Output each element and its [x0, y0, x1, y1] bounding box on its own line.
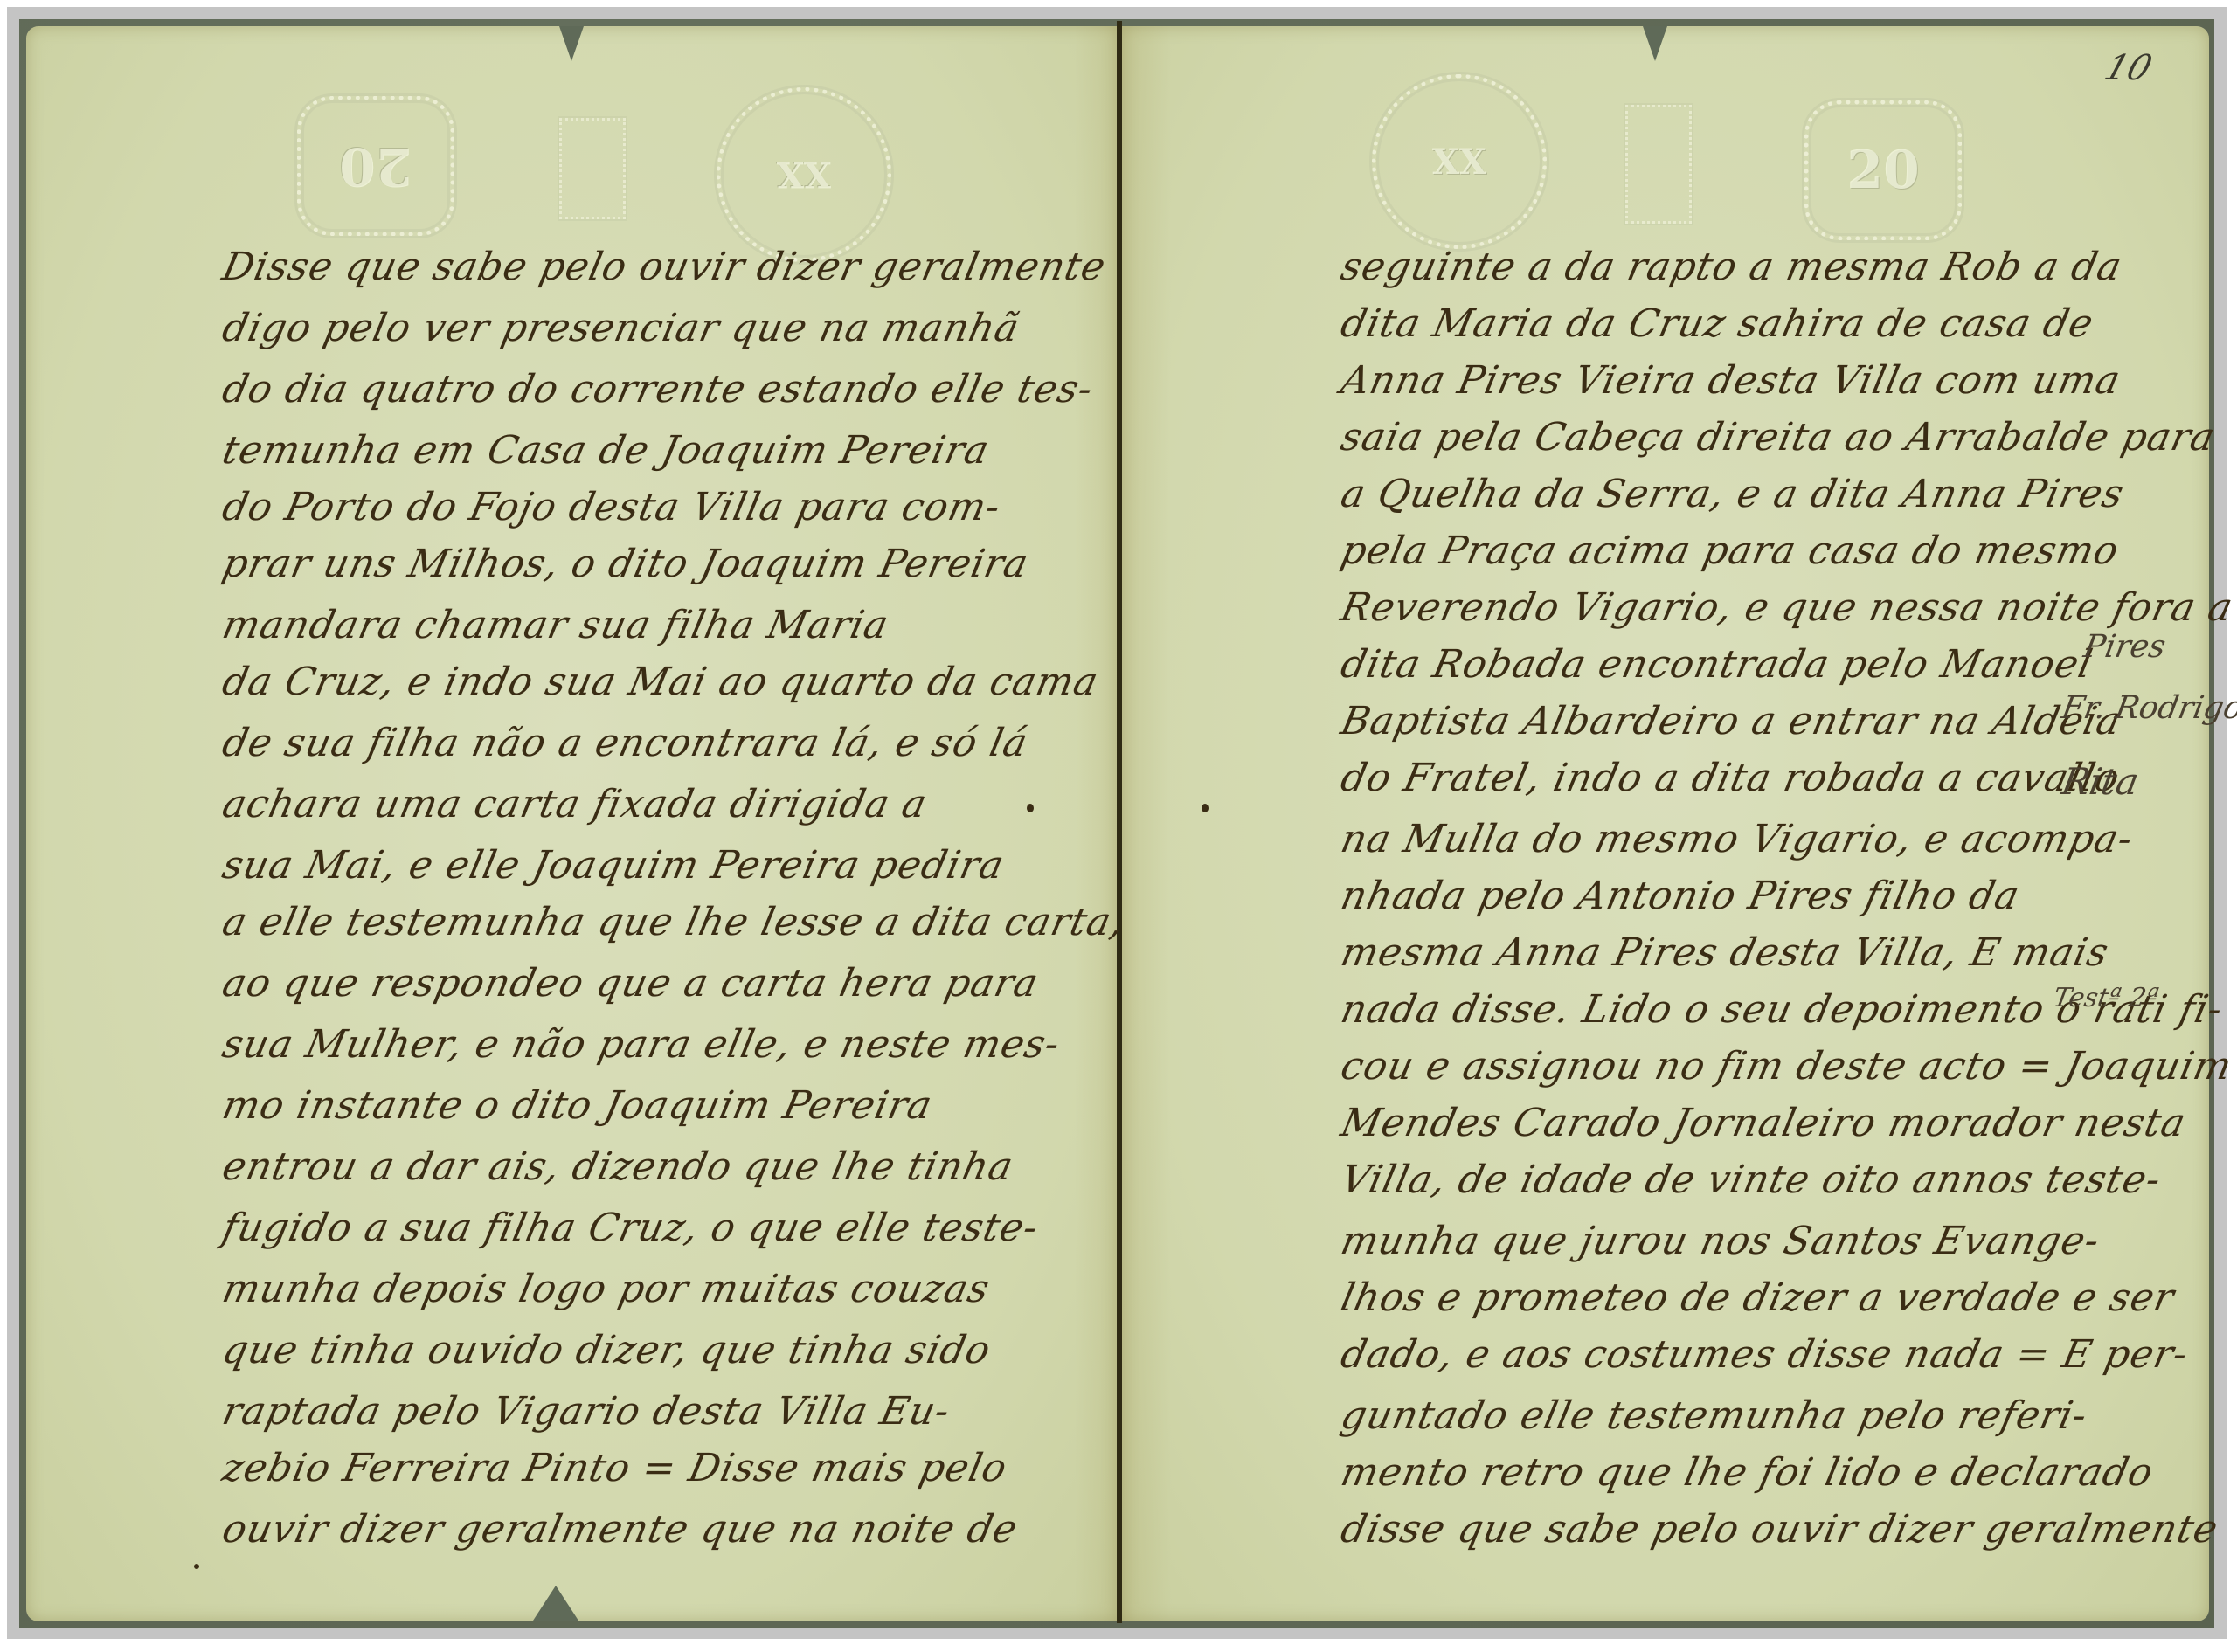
ink-dot	[1202, 804, 1209, 812]
ink-dot	[194, 1564, 199, 1569]
manuscript-line: lhos e prometeo de dizer a verdade e ser	[1337, 1275, 2178, 1320]
manuscript-line: de sua filha não a encontrara lá, e só l…	[218, 721, 1032, 765]
embossed-stamp-round-icon: XX	[717, 87, 891, 262]
manuscript-line: que tinha ouvido dizer, que tinha sido	[218, 1328, 995, 1372]
manuscript-line: digo pelo ver presenciar que na manhã	[218, 306, 1024, 350]
embossed-stamp-round-icon: XX	[1372, 74, 1547, 249]
manuscript-line: do Porto do Fojo desta Villa para com-	[218, 485, 1005, 529]
manuscript-line: mento retro que lhe foi lido e declarado	[1337, 1450, 2157, 1495]
manuscript-line: Mendes Carado Jornaleiro morador nesta	[1337, 1101, 2190, 1145]
margin-note: Testª 2ª	[2051, 983, 2161, 1013]
manuscript-line: seguinte a da rapto a mesma Rob a da	[1337, 245, 2126, 289]
manuscript-line: Reverendo Vigario, e que nessa noite for…	[1337, 585, 2237, 630]
embossed-stamp-octagon-icon: 20	[1804, 100, 1962, 240]
manuscript-line: Anna Pires Vieira desta Villa com uma	[1337, 358, 2125, 403]
embossed-stamp-rect-icon	[559, 118, 626, 219]
manuscript-line: zebio Ferreira Pinto = Disse mais pelo	[218, 1446, 1011, 1490]
manuscript-line: pela Praça acima para casa do mesmo	[1337, 529, 2123, 573]
spine-gutter	[1117, 21, 1122, 1623]
manuscript-line: ao que respondeo que a carta hera para	[218, 961, 1042, 1006]
manuscript-line: sua Mulher, e não para elle, e neste mes…	[218, 1022, 1064, 1067]
margin-note: Fr. Rodrigo	[2059, 690, 2237, 726]
manuscript-line: raptada pelo Vigario desta Villa Eu-	[218, 1389, 954, 1434]
embossed-stamp-rect-icon	[1625, 105, 1692, 224]
manuscript-line: fugido a sua filha Cruz, o que elle test…	[218, 1206, 1042, 1250]
manuscript-line: Villa, de idade de vinte oito annos test…	[1337, 1158, 2165, 1202]
manuscript-line: achara uma carta fixada dirigida a	[218, 782, 932, 826]
paper-tear-bottom	[533, 1586, 578, 1621]
manuscript-line: dita Maria da Cruz sahira de casa de	[1337, 301, 2098, 346]
manuscript-line: guntado elle testemunha pelo referi-	[1337, 1393, 2092, 1438]
manuscript-line: sua Mai, e elle Joaquim Pereira pedira	[218, 843, 1008, 888]
manuscript-line: dita Robada encontrada pelo Manoel	[1337, 642, 2097, 687]
paper-tear-top-left	[559, 26, 584, 61]
manuscript-line: temunha em Casa de Joaquim Pereira	[218, 428, 994, 473]
manuscript-line: nhada pelo Antonio Pires filho da	[1337, 874, 2024, 918]
manuscript-line: mesma Anna Pires desta Villa, E mais	[1337, 930, 2113, 975]
margin-note: Pires	[2081, 629, 2168, 665]
manuscript-line: na Mulla do mesmo Vigario, e acompa-	[1337, 817, 2137, 861]
manuscript-line: entrou a dar ais, dizendo que lhe tinha	[218, 1144, 1017, 1189]
manuscript-line: dado, e aos costumes disse nada = E per-	[1337, 1332, 2192, 1377]
manuscript-line: mo instante o dito Joaquim Pereira	[218, 1083, 937, 1128]
manuscript-line: a elle testemunha que lhe lesse a dita c…	[218, 900, 1129, 944]
paper-tear-top-right	[1643, 26, 1667, 61]
manuscript-line: Baptista Albardeiro a entrar na Aldeia	[1337, 699, 2125, 743]
manuscript-line: munha que jurou nos Santos Evange-	[1337, 1219, 2104, 1263]
manuscript-line: Disse que sabe pelo ouvir dizer geralmen…	[218, 245, 1110, 289]
manuscript-line: mandara chamar sua filha Maria	[218, 603, 893, 647]
manuscript-line: prar uns Milhos, o dito Joaquim Pereira	[218, 542, 1033, 586]
manuscript-line: da Cruz, e indo sua Mai ao quarto da cam…	[218, 660, 1103, 704]
manuscript-line: disse que sabe pelo ouvir dizer geralmen…	[1337, 1507, 2222, 1552]
manuscript-line: saia pela Cabeça direita ao Arrabalde pa…	[1337, 415, 2220, 460]
margin-note: Rita	[2059, 760, 2143, 803]
manuscript-line: munha depois logo por muitas couzas	[218, 1267, 994, 1311]
manuscript-line: do dia quatro do corrente estando elle t…	[218, 367, 1098, 411]
ink-dot	[1027, 804, 1034, 812]
manuscript-line: do Fratel, indo a dita robada a cavallo	[1337, 756, 2124, 800]
manuscript-line: cou e assignou no fim deste acto = Joaqu…	[1337, 1044, 2236, 1089]
manuscript-line: ouvir dizer geralmente que na noite de	[218, 1507, 1022, 1552]
manuscript-line: a Quelha da Serra, e a dita Anna Pires	[1337, 472, 2128, 516]
embossed-stamp-octagon-icon: 20	[297, 96, 454, 236]
